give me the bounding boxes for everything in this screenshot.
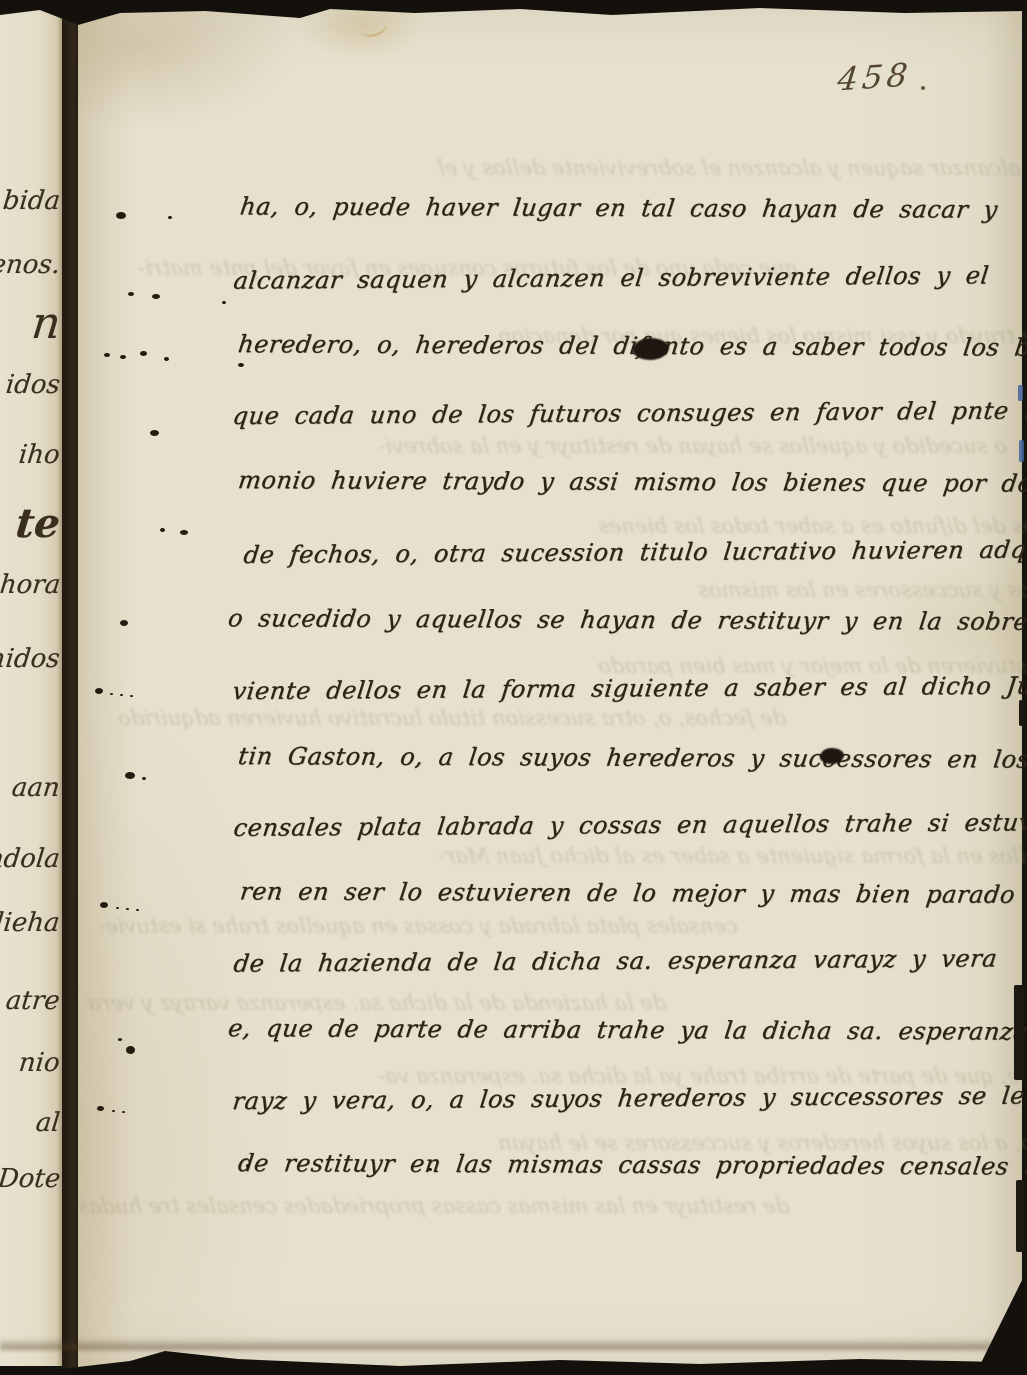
ink-spot xyxy=(238,363,244,367)
manuscript-line: ren en ser lo estuvieren de lo mejor y m… xyxy=(238,877,1016,908)
ink-spot xyxy=(246,1164,250,1168)
show-through-text: o sucedido y aquellos se hayan de restit… xyxy=(377,434,1008,458)
ink-spot xyxy=(118,1038,122,1041)
manuscript-line: alcanzar saquen y alcanzen el sobrevivie… xyxy=(232,261,990,294)
show-through-text: tin Gaston, o, a los suyos herederos y s… xyxy=(697,578,1027,602)
ink-spot xyxy=(128,292,134,296)
ink-spot xyxy=(140,351,147,356)
ink-spot xyxy=(160,528,165,532)
show-through-text: censales plata labrada y cossas en aquel… xyxy=(97,914,739,938)
ink-spot xyxy=(164,357,169,361)
ink-spot xyxy=(130,695,133,697)
show-through-text: viente dellos en la forma siguiente a sa… xyxy=(437,844,1027,868)
facing-page-fragment: idos xyxy=(4,370,61,400)
manuscript-line: o sucedido y aquellos se hayan de restit… xyxy=(226,604,1027,636)
show-through-text: de restituyr en las mismas cassas propri… xyxy=(77,1194,790,1218)
blue-edge-mark xyxy=(1019,440,1024,462)
facing-page-fragment: hidos xyxy=(0,644,62,674)
facing-page-fragment: bida xyxy=(1,186,61,216)
ink-spot xyxy=(180,530,188,535)
page-bottom-shadow xyxy=(0,1338,1027,1350)
ink-spot xyxy=(150,430,159,436)
manuscript-line: tin Gaston, o, a los suyos herederos y s… xyxy=(236,742,1027,774)
show-through-text: alcanzar saquen y alcanzen el sobrevivie… xyxy=(437,156,1022,180)
facing-page-fragment: hora xyxy=(0,570,62,600)
facing-page-fragment: henos. xyxy=(0,250,62,280)
show-through-text: heredero, o, herederos del difunto es a … xyxy=(597,514,1027,538)
ink-spot xyxy=(136,909,139,911)
ink-spot xyxy=(168,216,172,219)
ink-spot xyxy=(122,1111,125,1113)
facing-page-fragment: dieha xyxy=(0,908,62,938)
facing-page-fragment: atre xyxy=(5,986,62,1016)
ink-spot xyxy=(152,294,160,299)
manuscript-line: ha, o, puede haver lugar en tal caso hay… xyxy=(238,192,999,223)
manuscript-scan: bida henos. n idos iho te hora hidos aan… xyxy=(0,0,1027,1375)
facing-page-fragment: ndola xyxy=(0,844,62,874)
ink-spot xyxy=(112,1110,115,1112)
ink-spot xyxy=(126,908,129,910)
facing-page-fragment: iho xyxy=(18,440,62,470)
blue-edge-mark xyxy=(1018,385,1023,401)
facing-page-fragment: Dote xyxy=(0,1164,62,1194)
manuscript-line: viente dellos en la forma siguiente a sa… xyxy=(231,671,1027,705)
manuscript-line: rayz y vera, o, a los suyos herederos y … xyxy=(231,1081,1027,1115)
ink-spot xyxy=(116,907,119,909)
manuscript-line: e, que de parte de arriba trahe ya la di… xyxy=(226,1014,1027,1046)
facing-page-fragment: te xyxy=(14,500,62,547)
ink-spot xyxy=(97,1106,104,1111)
ink-spot xyxy=(120,355,126,359)
manuscript-line: que cada uno de los futuros consuges en … xyxy=(231,396,1027,430)
ink-spot xyxy=(110,693,113,695)
ink-spot xyxy=(100,902,108,908)
dark-edge-mark xyxy=(1016,1180,1024,1252)
manuscript-line: de la hazienda de la dicha sa. esperanza… xyxy=(232,944,999,977)
folio-number: 458 xyxy=(836,55,914,98)
ink-spot xyxy=(125,772,135,779)
ink-smudge xyxy=(359,16,389,39)
facing-page-fragment: aan xyxy=(11,773,62,803)
manuscript-line: monio huviere traydo y assi mismo los bi… xyxy=(236,466,1027,498)
dark-edge-mark xyxy=(1014,985,1024,1080)
ink-spot xyxy=(921,86,925,90)
manuscript-line: censales plata labrada y cossas en aquel… xyxy=(232,808,1027,842)
ink-spot xyxy=(222,301,226,304)
manuscript-line: heredero, o, herederos del difunto es a … xyxy=(236,330,1027,362)
ink-spot xyxy=(120,620,128,626)
show-through-text: de la hazienda de la dicha sa. esperanza… xyxy=(87,991,668,1015)
ink-spot xyxy=(116,212,126,219)
ink-spot xyxy=(142,777,146,780)
show-through-text: de fechos, o, otra sucession titulo lucr… xyxy=(117,706,788,730)
ink-spot xyxy=(126,1046,135,1054)
dark-edge-mark xyxy=(1019,700,1025,726)
ink-spot xyxy=(104,353,110,357)
manuscript-page: alcanzar saquen y alcanzen el sobrevivie… xyxy=(78,6,1022,1368)
ink-spot xyxy=(120,694,123,696)
ink-spot xyxy=(95,688,103,694)
manuscript-line: de restituyr en las mismas cassas propri… xyxy=(236,1149,1027,1181)
facing-page-edge: bida henos. n idos iho te hora hidos aan… xyxy=(0,8,62,1366)
ink-spot xyxy=(428,1168,432,1171)
manuscript-line: de fechos, o, otra sucession titulo lucr… xyxy=(242,535,1027,569)
facing-page-fragment: nio xyxy=(18,1048,62,1078)
